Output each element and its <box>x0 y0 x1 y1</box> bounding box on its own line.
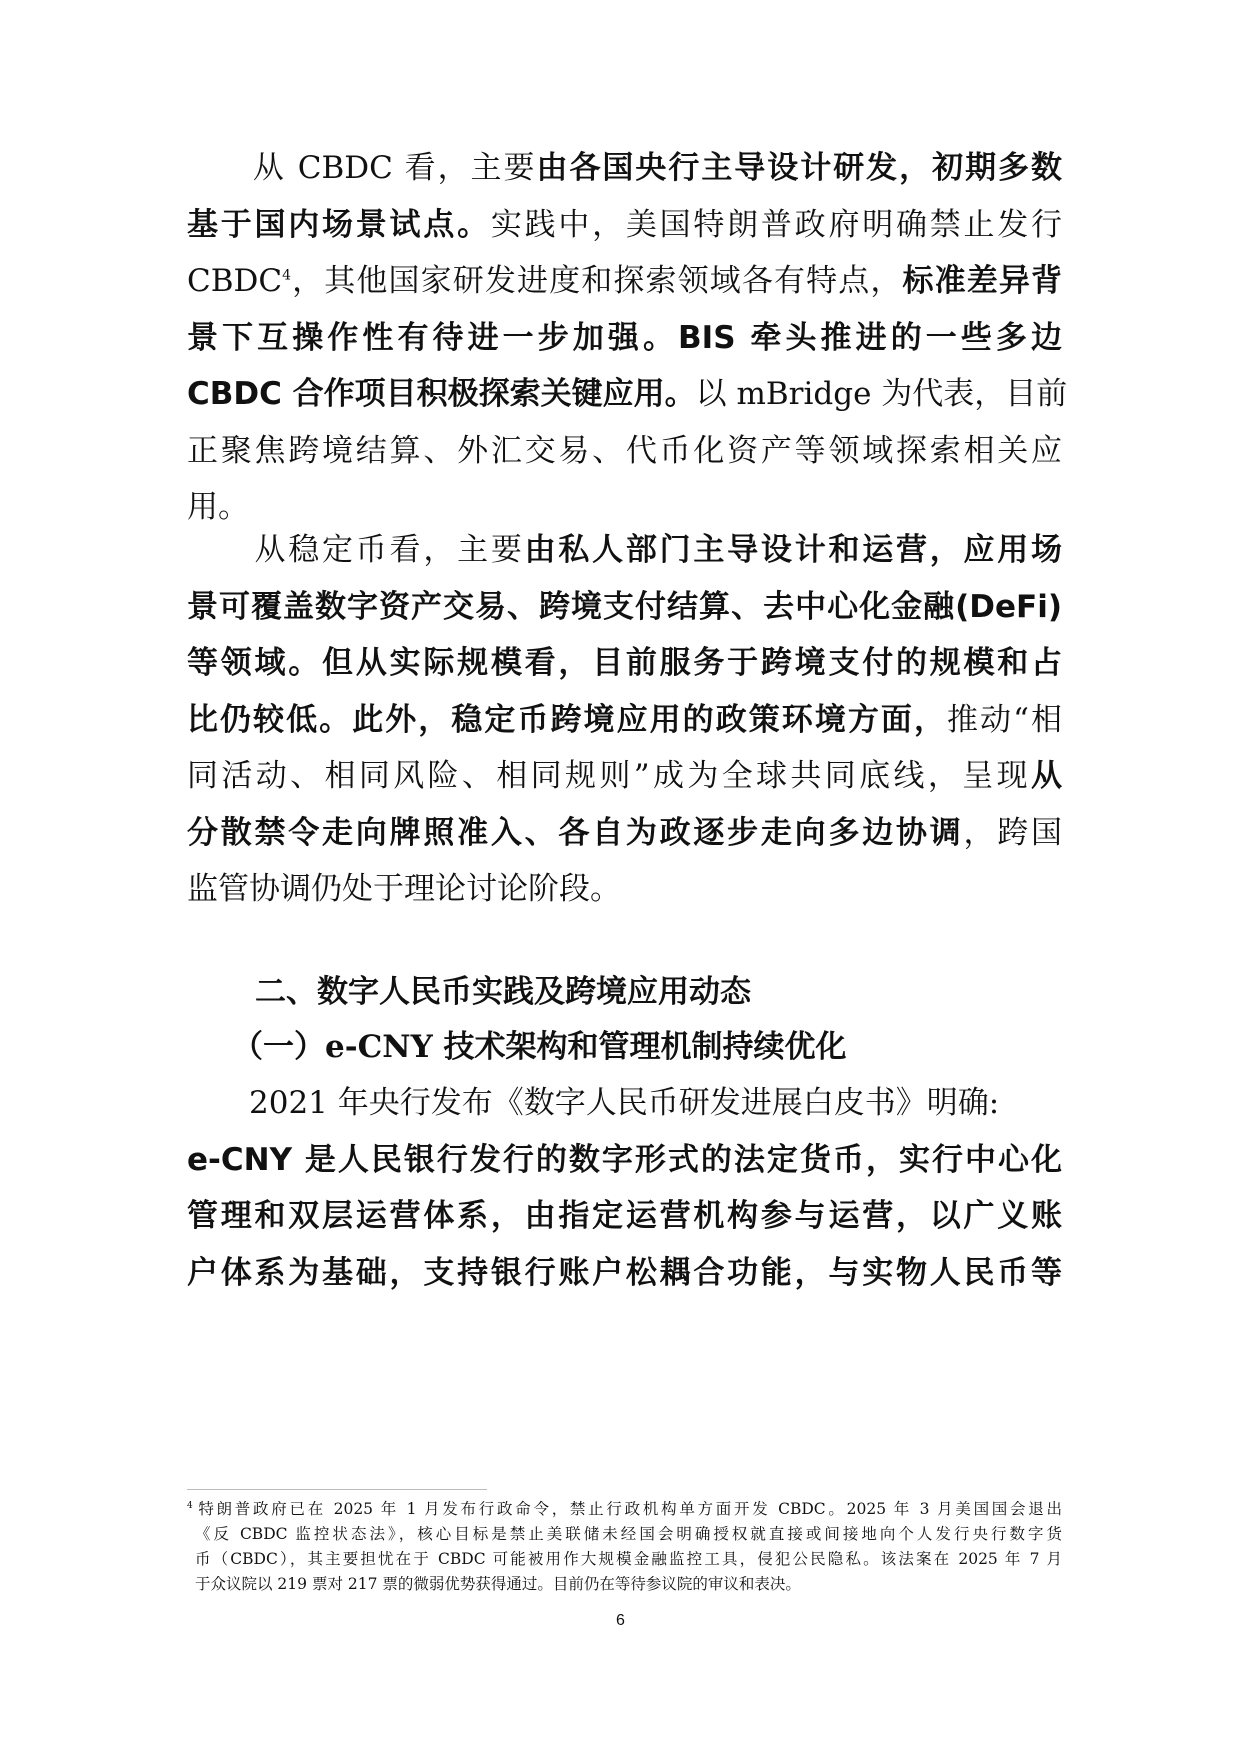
text-line: CBDC4，其他国家研发进度和探索领域各有特点，标准差异背 <box>187 256 1062 306</box>
footnote-text: 于众议院以 219 票对 217 票的微弱优势获得通过。目前仍在等待参议院的审议… <box>195 1575 801 1593</box>
bold-text: 标准差异背 <box>903 263 1063 299</box>
bold-text: 景可覆盖数字资产交易、跨境支付结算、去中心化金融(DeFi) <box>187 589 1062 625</box>
footnote-marker: 4 <box>187 1501 198 1511</box>
footnote-line: 币（CBDC），其主要担忧在于 CBDC 可能被用作大规模金融监控工具，侵犯公民… <box>195 1548 1062 1570</box>
bold-text: e-CNY 是人民银行发行的数字形式的法定货币，实行中心化 <box>187 1142 1062 1178</box>
text-line: 监管协调仍处于理论讨论阶段。 <box>187 864 1062 914</box>
footnote-text: 币（CBDC），其主要担忧在于 CBDC 可能被用作大规模金融监控工具，侵犯公民… <box>195 1550 1062 1568</box>
text-line: 比仍较低。此外，稳定币跨境应用的政策环境方面，推动“相 <box>187 695 1062 745</box>
text-line: e-CNY 是人民银行发行的数字形式的法定货币，实行中心化 <box>187 1135 1062 1185</box>
text-line: 户体系为基础，支持银行账户松耦合功能，与实物人民币等 <box>187 1248 1062 1298</box>
footnote-text: 《反 CBDC 监控状态法》，核心目标是禁止美联储未经国会明确授权就直接或间接地… <box>195 1525 1062 1543</box>
footnote-line: 《反 CBDC 监控状态法》，核心目标是禁止美联储未经国会明确授权就直接或间接地… <box>195 1523 1062 1545</box>
text: 从稳定币看，主要 <box>187 532 525 568</box>
text-line: 分散禁令走向牌照准入、各自为政逐步走向多边协调，跨国 <box>187 808 1062 858</box>
text-line: 从 CBDC 看，主要由各国央行主导设计研发，初期多数 <box>187 143 1062 193</box>
text-line: 等领域。但从实际规模看，目前服务于跨境支付的规模和占 <box>187 638 1062 688</box>
bold-text: 由私人部门主导设计和运营，应用场 <box>525 532 1062 568</box>
text: 用。 <box>187 489 249 525</box>
bold-text: 管理和双层运营体系，由指定运营机构参与运营，以广义账 <box>187 1198 1062 1234</box>
bold-text: 从 <box>1031 758 1062 794</box>
footnote-divider <box>187 1489 487 1490</box>
bold-text: 基于国内场景试点。 <box>187 207 491 243</box>
text: 实践中，美国特朗普政府明确禁止发行 <box>491 207 1062 243</box>
bold-text: 分散禁令走向牌照准入、各自为政逐步走向多边协调 <box>187 815 963 851</box>
text: 从 CBDC 看，主要 <box>187 150 537 186</box>
text-line: 2021 年央行发布《数字人民币研发进展白皮书》明确: <box>187 1078 1062 1128</box>
footnote-ref: 4 <box>282 268 291 284</box>
bold-text: 比仍较低。此外，稳定币跨境应用的政策环境方面， <box>187 702 947 738</box>
text-line: 管理和双层运营体系，由指定运营机构参与运营，以广义账 <box>187 1191 1062 1241</box>
text: 同活动、相同风险、相同规则”成为全球共同底线，呈现 <box>187 758 1031 794</box>
bold-text: CBDC 合作项目积极探索关键应用。 <box>187 376 696 412</box>
bold-text: 由各国央行主导设计研发，初期多数 <box>537 150 1063 186</box>
text-line: 景可覆盖数字资产交易、跨境支付结算、去中心化金融(DeFi) <box>187 582 1062 632</box>
section-heading: 二、数字人民币实践及跨境应用动态 <box>255 967 751 1017</box>
page-number: 6 <box>0 1612 1241 1630</box>
footnote-line: 于众议院以 219 票对 217 票的微弱优势获得通过。目前仍在等待参议院的审议… <box>195 1573 1062 1595</box>
text: CBDC <box>187 263 282 299</box>
footnote-text: 特朗普政府已在 2025 年 1 月发布行政命令，禁止行政机构单方面开发 CBD… <box>198 1500 1062 1518</box>
text-line: 同活动、相同风险、相同规则”成为全球共同底线，呈现从 <box>187 751 1062 801</box>
bold-text: 户体系为基础，支持银行账户松耦合功能，与实物人民币等 <box>187 1255 1062 1291</box>
text-line: 基于国内场景试点。实践中，美国特朗普政府明确禁止发行 <box>187 200 1062 250</box>
text: 以 mBridge 为代表，目前 <box>696 376 1068 412</box>
text-line: 景下互操作性有待进一步加强。BIS 牵头推进的一些多边 <box>187 313 1062 363</box>
text-line: CBDC 合作项目积极探索关键应用。以 mBridge 为代表，目前 <box>187 369 1062 419</box>
text: 2021 年央行发布《数字人民币研发进展白皮书》明确: <box>187 1085 999 1121</box>
text-line: 从稳定币看，主要由私人部门主导设计和运营，应用场 <box>187 525 1062 575</box>
subsection-heading: （一）e-CNY 技术架构和管理机制持续优化 <box>232 1022 847 1072</box>
bold-text: 景下互操作性有待进一步加强。BIS 牵头推进的一些多边 <box>187 320 1062 356</box>
bold-text: 等领域。但从实际规模看，目前服务于跨境支付的规模和占 <box>187 645 1062 681</box>
footnote-line: 4 特朗普政府已在 2025 年 1 月发布行政命令，禁止行政机构单方面开发 C… <box>187 1498 1062 1520</box>
text: 推动“相 <box>947 702 1062 738</box>
text: ，跨国 <box>963 815 1062 851</box>
text-line: 正聚焦跨境结算、外汇交易、代币化资产等领域探索相关应 <box>187 426 1062 476</box>
text: 正聚焦跨境结算、外汇交易、代币化资产等领域探索相关应 <box>187 433 1062 469</box>
text: 监管协调仍处于理论讨论阶段。 <box>187 871 621 907</box>
text: ，其他国家研发进度和探索领域各有特点， <box>291 263 903 299</box>
